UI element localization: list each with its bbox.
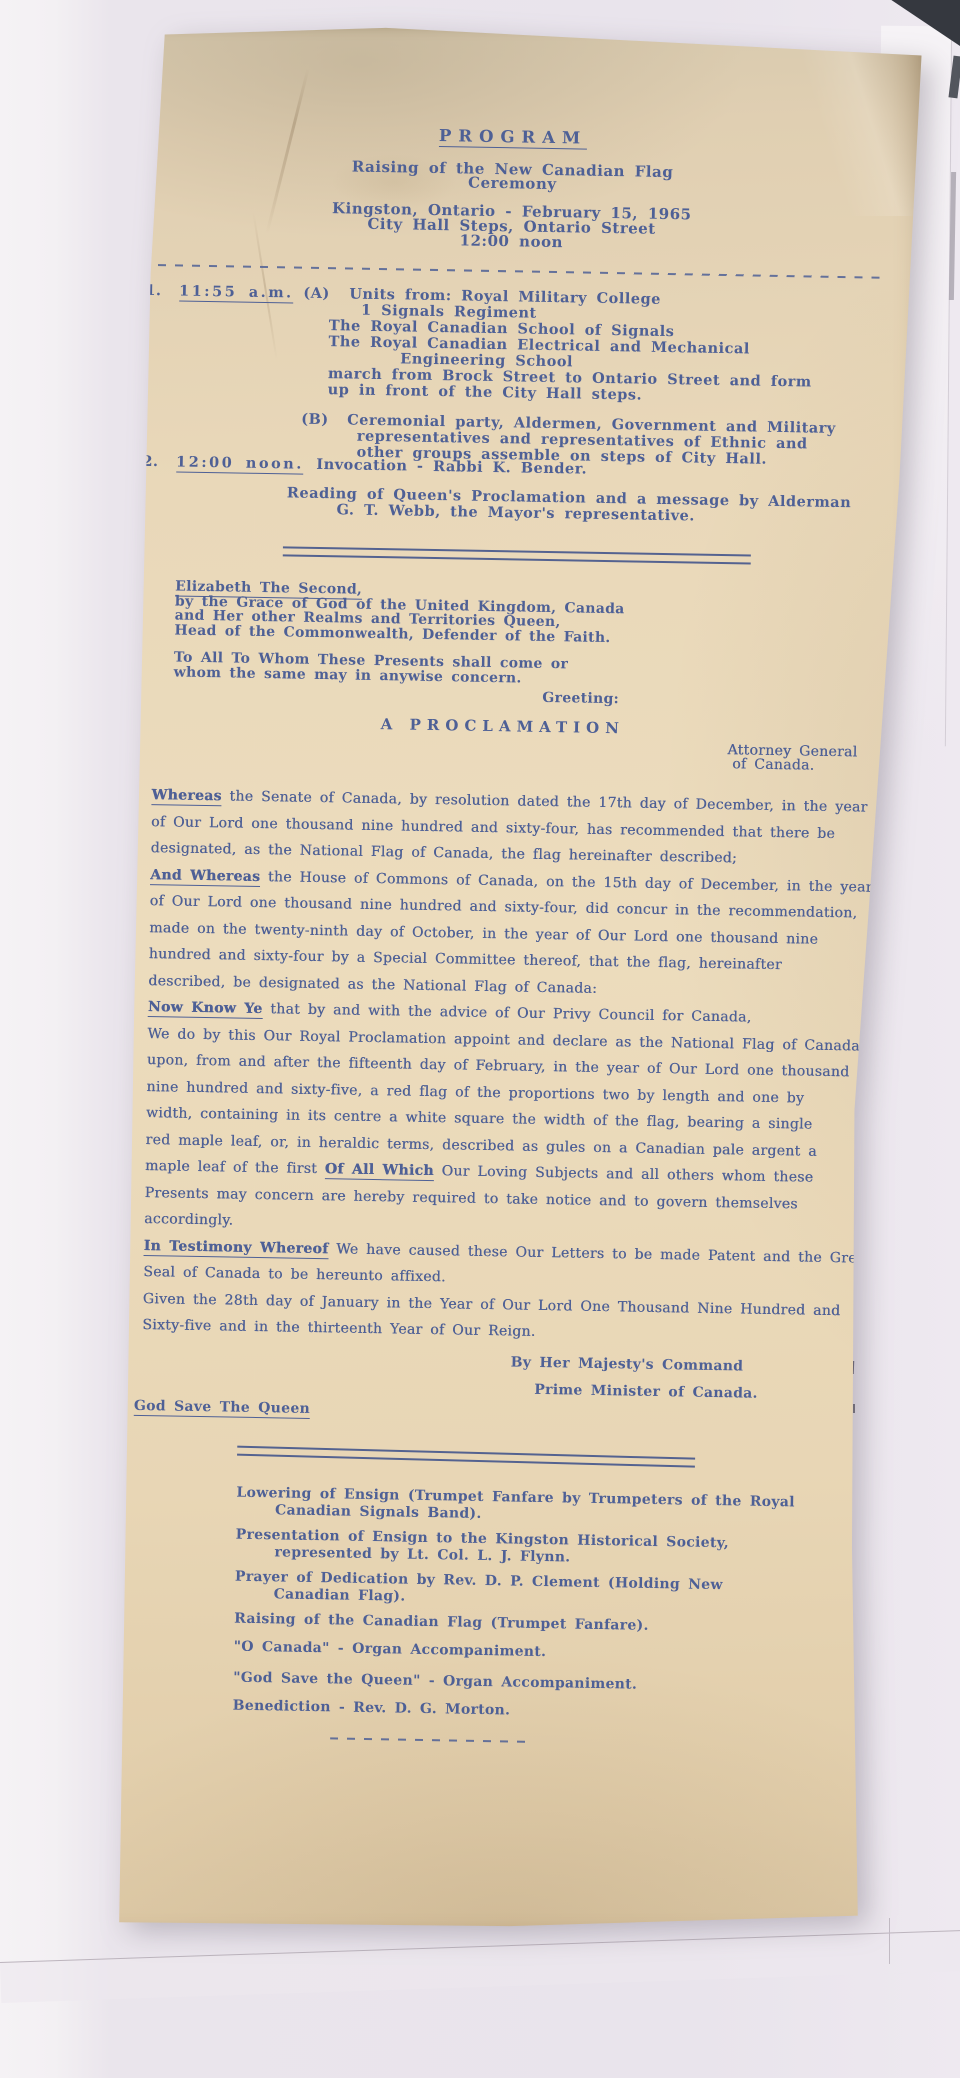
proclamation-line-10: We do by this Our Royal Proclamation app… — [147, 1026, 864, 1055]
in-testimony-whereof-lead: In Testimony Whereof — [144, 1238, 329, 1259]
proclamation-line-16: Presents may concern are hereby required… — [145, 1185, 798, 1212]
by-command-line: By Her Majesty's Command — [511, 1354, 744, 1374]
document-paper-shadow: PROGRAM Raising of the New Canadian Flag… — [0, 0, 960, 2078]
dashed-divider-bottom — [330, 1737, 530, 1742]
proclamation-line-4: And Whereas the House of Commons of Cana… — [150, 867, 873, 896]
proclamation-line-14: red maple leaf, or, in heraldic terms, d… — [145, 1132, 817, 1160]
double-rule-divider — [283, 546, 751, 564]
proclamation-line-9: Now Know Ye that by and with the advice … — [148, 999, 752, 1026]
god-save-the-queen-text: God Save The Queen — [134, 1398, 310, 1419]
document-content: PROGRAM Raising of the New Canadian Flag… — [63, 26, 924, 1942]
proclamation-line-6: made on the twenty-ninth day of October,… — [149, 920, 818, 948]
document-paper: PROGRAM Raising of the New Canadian Flag… — [96, 26, 924, 1928]
schedule-item-2-number: 2. — [142, 453, 158, 470]
program-item-prayer-cont: Canadian Flag). — [274, 1586, 406, 1604]
proclamation-line-21: Sixty-five and in the thirteenth Year of… — [142, 1317, 536, 1340]
schedule-item-1b-marker: (B) — [301, 411, 329, 428]
dashed-divider-top — [141, 264, 883, 279]
proclamation-line-20: Given the 28th day of January in the Yea… — [143, 1291, 841, 1319]
proclamation-line-5: of Our Lord one thousand nine hundred an… — [150, 893, 858, 921]
proclamation-line-18-text: We have caused these Our Letters to be m… — [328, 1241, 871, 1266]
paper-crease — [127, 616, 140, 726]
and-whereas-lead: And Whereas — [150, 867, 260, 887]
proclamation-line-15-post: Our Loving Subjects and all others whom … — [434, 1163, 814, 1186]
schedule-item-1a-marker: (A) — [303, 285, 330, 302]
program-item-god-save-queen: "God Save the Queen" - Organ Accompanime… — [233, 1670, 637, 1693]
proclamation-line-4-text: the House of Commons of Canada, on the 1… — [260, 869, 873, 896]
proclamation-line-3: designated, as the National Flag of Cana… — [151, 840, 738, 866]
proclamation-line-11: upon, from and after the fifteenth day o… — [147, 1052, 850, 1080]
proclamation-line-12: nine hundred and sixty-five, a red flag … — [146, 1079, 804, 1106]
proclamation-line-2: of Our Lord one thousand nine hundred an… — [151, 814, 835, 842]
program-item-raising: Raising of the Canadian Flag (Trumpet Fa… — [234, 1611, 649, 1634]
proclamation-line-15-pre: maple leaf of the first — [145, 1158, 325, 1177]
proclamation-title: A PROCLAMATION — [381, 715, 625, 737]
greeting-line: Greeting: — [542, 690, 619, 707]
header-title-row: PROGRAM — [168, 121, 858, 152]
proclamation-line-1-text: the Senate of Canada, by resolution date… — [222, 788, 868, 815]
proclamation-line-7: hundred and sixty-four by a Special Comm… — [149, 946, 782, 973]
whereas-lead: Whereas — [151, 787, 221, 806]
of-all-which-lead: Of All Which — [325, 1161, 434, 1181]
proclamation-line-13: width, containing in its centre a white … — [146, 1105, 813, 1133]
schedule-item-1-time: 11:55 a.m. — [179, 282, 294, 303]
schedule-item-2-text: Invocation - Rabbi K. Bender. — [316, 456, 587, 478]
schedule-item-1: 1. 11:55 a.m. — [145, 282, 294, 302]
proclamation-line-19: Seal of Canada to be hereunto affixed. — [143, 1264, 446, 1285]
proclamation-line-1: Whereas the Senate of Canada, by resolut… — [151, 787, 867, 815]
attorney-general-line-2: of Canada. — [732, 756, 815, 773]
now-know-ye-lead: Now Know Ye — [148, 999, 263, 1019]
double-rule-divider-2 — [237, 1446, 695, 1468]
proclamation-line-15: maple leaf of the first Of All Which Our… — [145, 1158, 813, 1186]
program-item-o-canada: "O Canada" - Organ Accompaniment. — [234, 1639, 547, 1660]
proclamation-title-row: A PROCLAMATION — [158, 710, 848, 741]
program-item-benediction: Benediction - Rev. D. G. Morton. — [233, 1698, 511, 1719]
program-title: PROGRAM — [439, 126, 588, 150]
schedule-item-1-number: 1. — [145, 282, 161, 299]
proclamation-line-8: described, be designated as the National… — [148, 973, 597, 997]
prime-minister-line: Prime Minister of Canada. — [534, 1382, 758, 1402]
proclamation-line-18: In Testimony Whereof We have caused thes… — [144, 1238, 872, 1267]
proclamation-line-17: accordingly. — [144, 1211, 233, 1229]
proclamation-line-9-text: that by and with the advice of Our Privy… — [262, 1001, 751, 1026]
program-item-lowering-cont: Canadian Signals Band). — [275, 1502, 482, 1522]
schedule-item-2-time: 12:00 noon. — [176, 453, 304, 474]
god-save-the-queen-line: God Save The Queen — [134, 1398, 310, 1417]
